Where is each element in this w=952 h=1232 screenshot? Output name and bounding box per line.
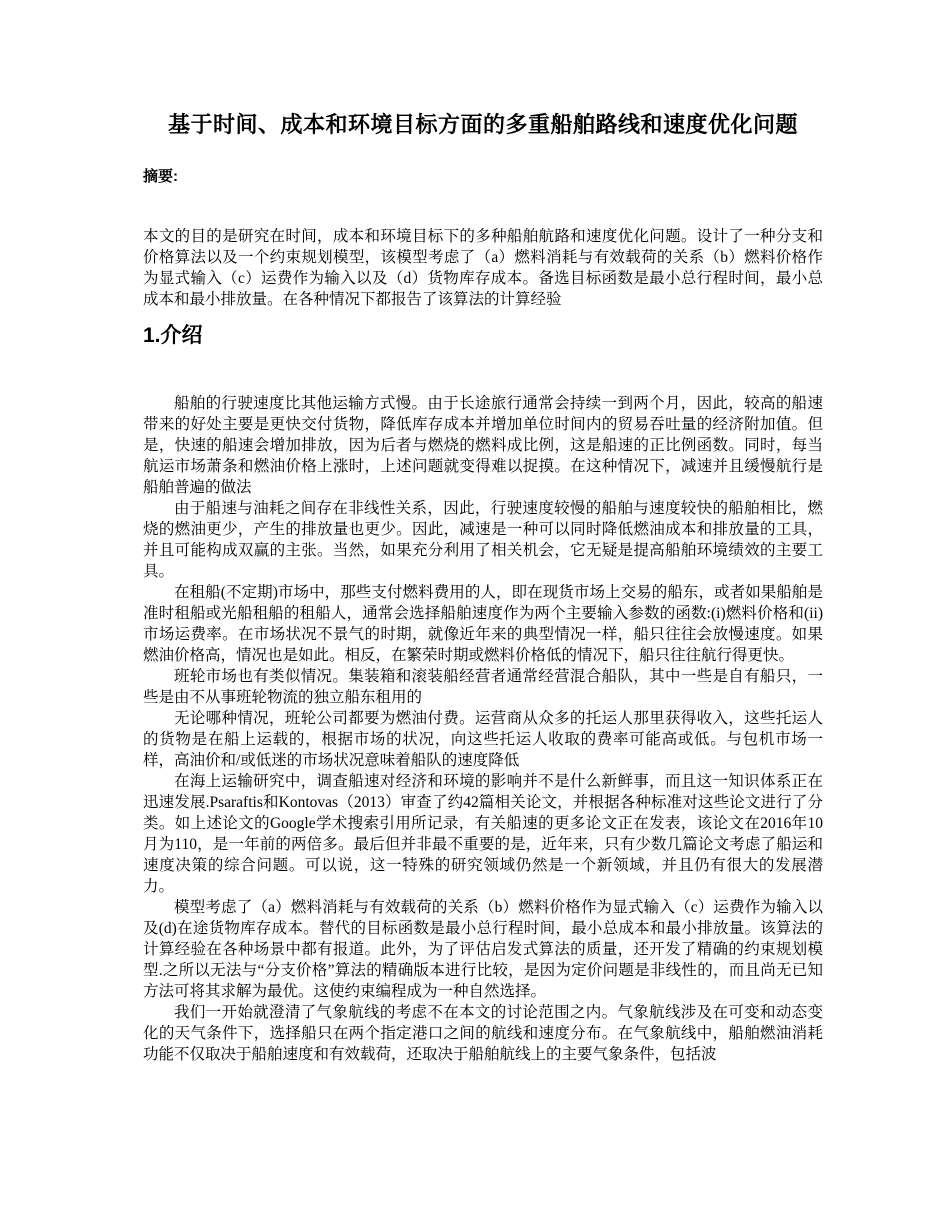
body-paragraph: 船舶的行驶速度比其他运输方式慢。由于长途旅行通常会持续一到两个月，因此，较高的船… [143, 393, 823, 498]
document-page: 基于时间、成本和环境目标方面的多重船舶路线和速度优化问题 摘要: 本文的目的是研… [0, 0, 952, 1232]
introduction-body: 船舶的行驶速度比其他运输方式慢。由于长途旅行通常会持续一到两个月，因此，较高的船… [143, 393, 823, 1065]
body-paragraph: 模型考虑了（a）燃料消耗与有效载荷的关系（b）燃料价格作为显式输入（c）运费作为… [143, 897, 823, 1002]
body-paragraph: 我们一开始就澄清了气象航线的考虑不在本文的讨论范围之内。气象航线涉及在可变和动态… [143, 1002, 823, 1065]
abstract-label: 摘要: [143, 167, 823, 187]
body-paragraph: 班轮市场也有类似情况。集装箱和滚装船经营者通常经营混合船队，其中一些是自有船只，… [143, 666, 823, 708]
body-paragraph: 在租船(不定期)市场中，那些支付燃料费用的人，即在现货市场上交易的船东，或者如果… [143, 582, 823, 666]
body-paragraph: 由于船速与油耗之间存在非线性关系，因此，行驶速度较慢的船舶与速度较快的船舶相比，… [143, 498, 823, 582]
abstract-paragraph: 本文的目的是研究在时间，成本和环境目标下的多种船舶航路和速度优化问题。设计了一种… [143, 226, 823, 310]
document-title: 基于时间、成本和环境目标方面的多重船舶路线和速度优化问题 [143, 0, 823, 140]
document-content: 基于时间、成本和环境目标方面的多重船舶路线和速度优化问题 摘要: 本文的目的是研… [143, 0, 823, 1065]
body-paragraph: 无论哪种情况，班轮公司都要为燃油付费。运营商从众多的托运人那里获得收入，这些托运… [143, 708, 823, 771]
body-paragraph: 在海上运输研究中，调查船速对经济和环境的影响并不是什么新鲜事，而且这一知识体系正… [143, 771, 823, 897]
section-heading-introduction: 1.介绍 [143, 322, 823, 350]
